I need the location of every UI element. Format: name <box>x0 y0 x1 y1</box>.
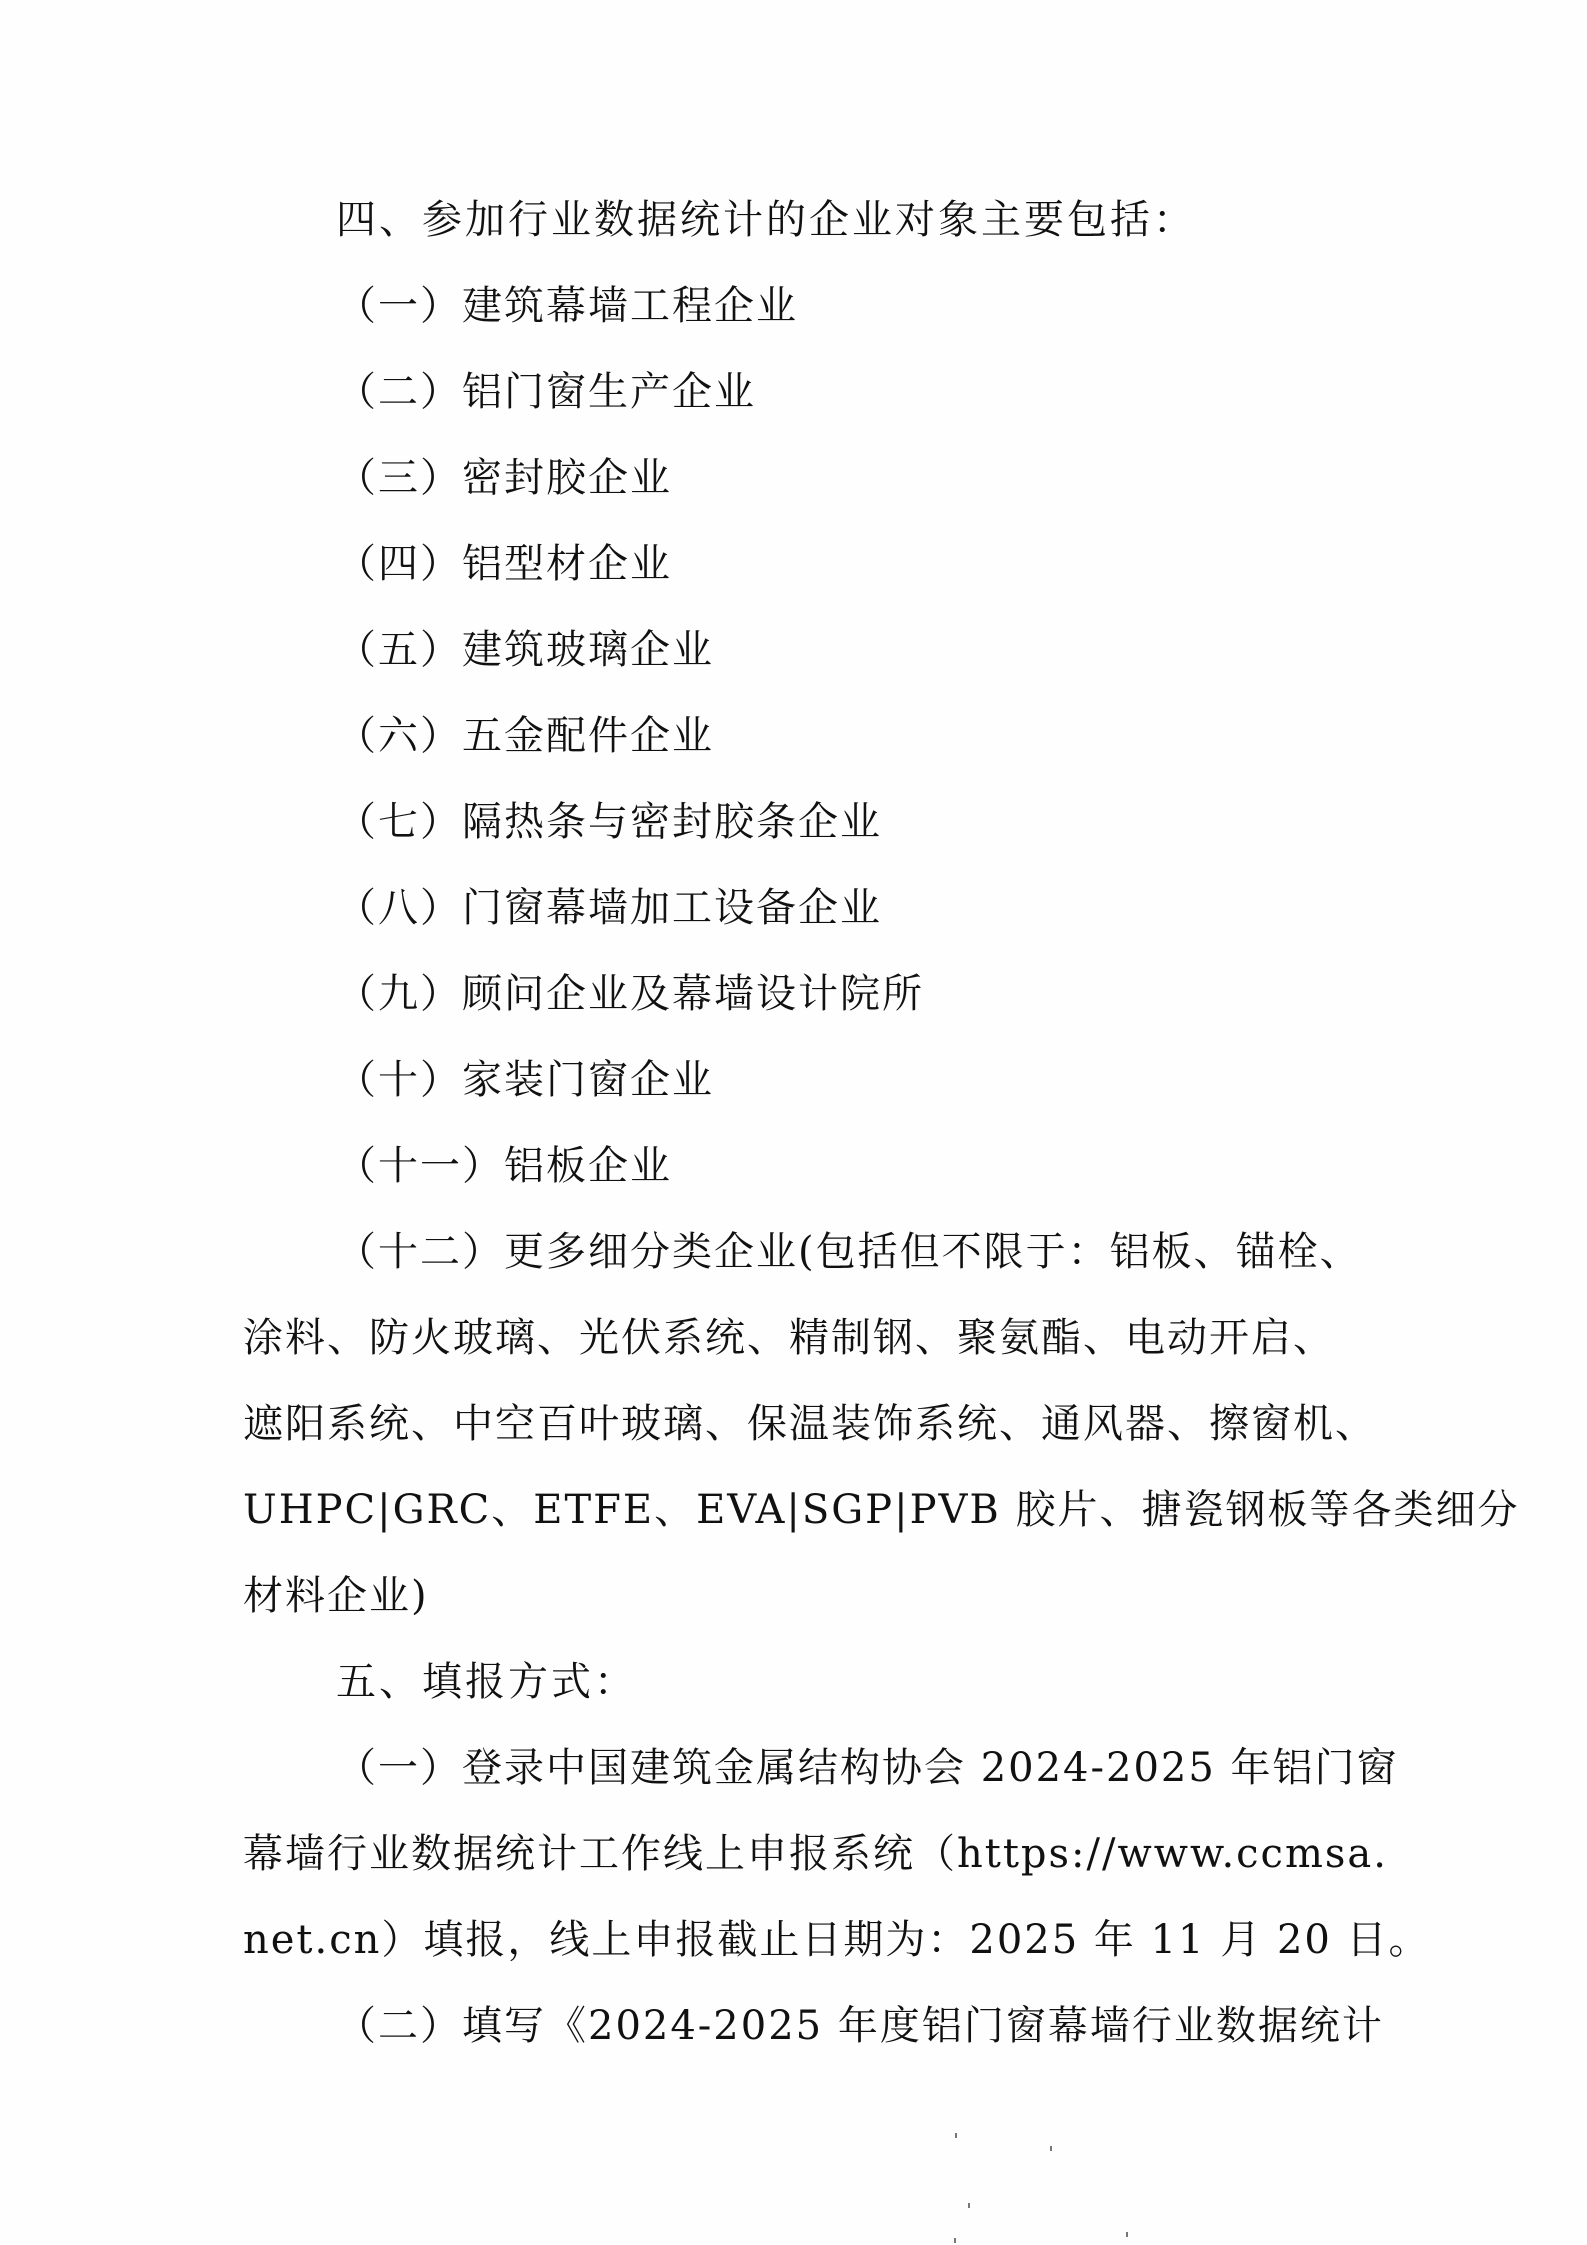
list-item: （五）建筑玻璃企业 <box>336 626 714 674</box>
section-5-item-1-line-1: （一）登录中国建筑金属结构协会 2024-2025 年铝门窗 <box>336 1744 1399 1792</box>
list-item: （六）五金配件企业 <box>336 712 714 760</box>
section-5-item-2-line-1: （二）填写《2024-2025 年度铝门窗幕墙行业数据统计 <box>336 2002 1384 2050</box>
list-item: （二）铝门窗生产企业 <box>336 368 756 416</box>
list-item: （三）密封胶企业 <box>336 454 672 502</box>
list-item-12-line-1: （十二）更多细分类企业(包括但不限于：铝板、锚栓、 <box>336 1228 1362 1276</box>
list-item: （四）铝型材企业 <box>336 540 672 588</box>
scan-speck <box>954 2238 956 2243</box>
list-item-12-line-3: 遮阳系统、中空百叶玻璃、保温装饰系统、通风器、擦窗机、 <box>243 1400 1377 1448</box>
list-item-12-line-4: UHPC|GRC、ETFE、EVA|SGP|PVB 胶片、搪瓷钢板等各类细分 <box>243 1486 1520 1534</box>
section-5-item-1-line-3: net.cn）填报，线上申报截止日期为：2025 年 11 月 20 日。 <box>243 1916 1431 1964</box>
scan-speck <box>1126 2232 1128 2237</box>
list-item-12-line-5: 材料企业) <box>243 1572 429 1620</box>
list-item: （十）家装门窗企业 <box>336 1056 714 1104</box>
list-item: （一）建筑幕墙工程企业 <box>336 282 798 330</box>
list-item-12-line-2: 涂料、防火玻璃、光伏系统、精制钢、聚氨酯、电动开启、 <box>243 1314 1335 1362</box>
list-item: （十一）铝板企业 <box>336 1142 672 1190</box>
section-5-heading: 五、填报方式： <box>336 1658 637 1706</box>
list-item: （九）顾问企业及幕墙设计院所 <box>336 970 924 1018</box>
scan-speck <box>1050 2146 1052 2151</box>
scan-speck <box>968 2203 970 2208</box>
scan-speck <box>955 2133 957 2138</box>
section-4-heading: 四、参加行业数据统计的企业对象主要包括： <box>336 196 1196 244</box>
section-5-item-1-line-2: 幕墙行业数据统计工作线上申报系统（https://www.ccmsa. <box>243 1830 1388 1878</box>
document-page: 四、参加行业数据统计的企业对象主要包括： （一）建筑幕墙工程企业 （二）铝门窗生… <box>0 0 1587 2245</box>
list-item: （七）隔热条与密封胶条企业 <box>336 798 882 846</box>
list-item: （八）门窗幕墙加工设备企业 <box>336 884 882 932</box>
